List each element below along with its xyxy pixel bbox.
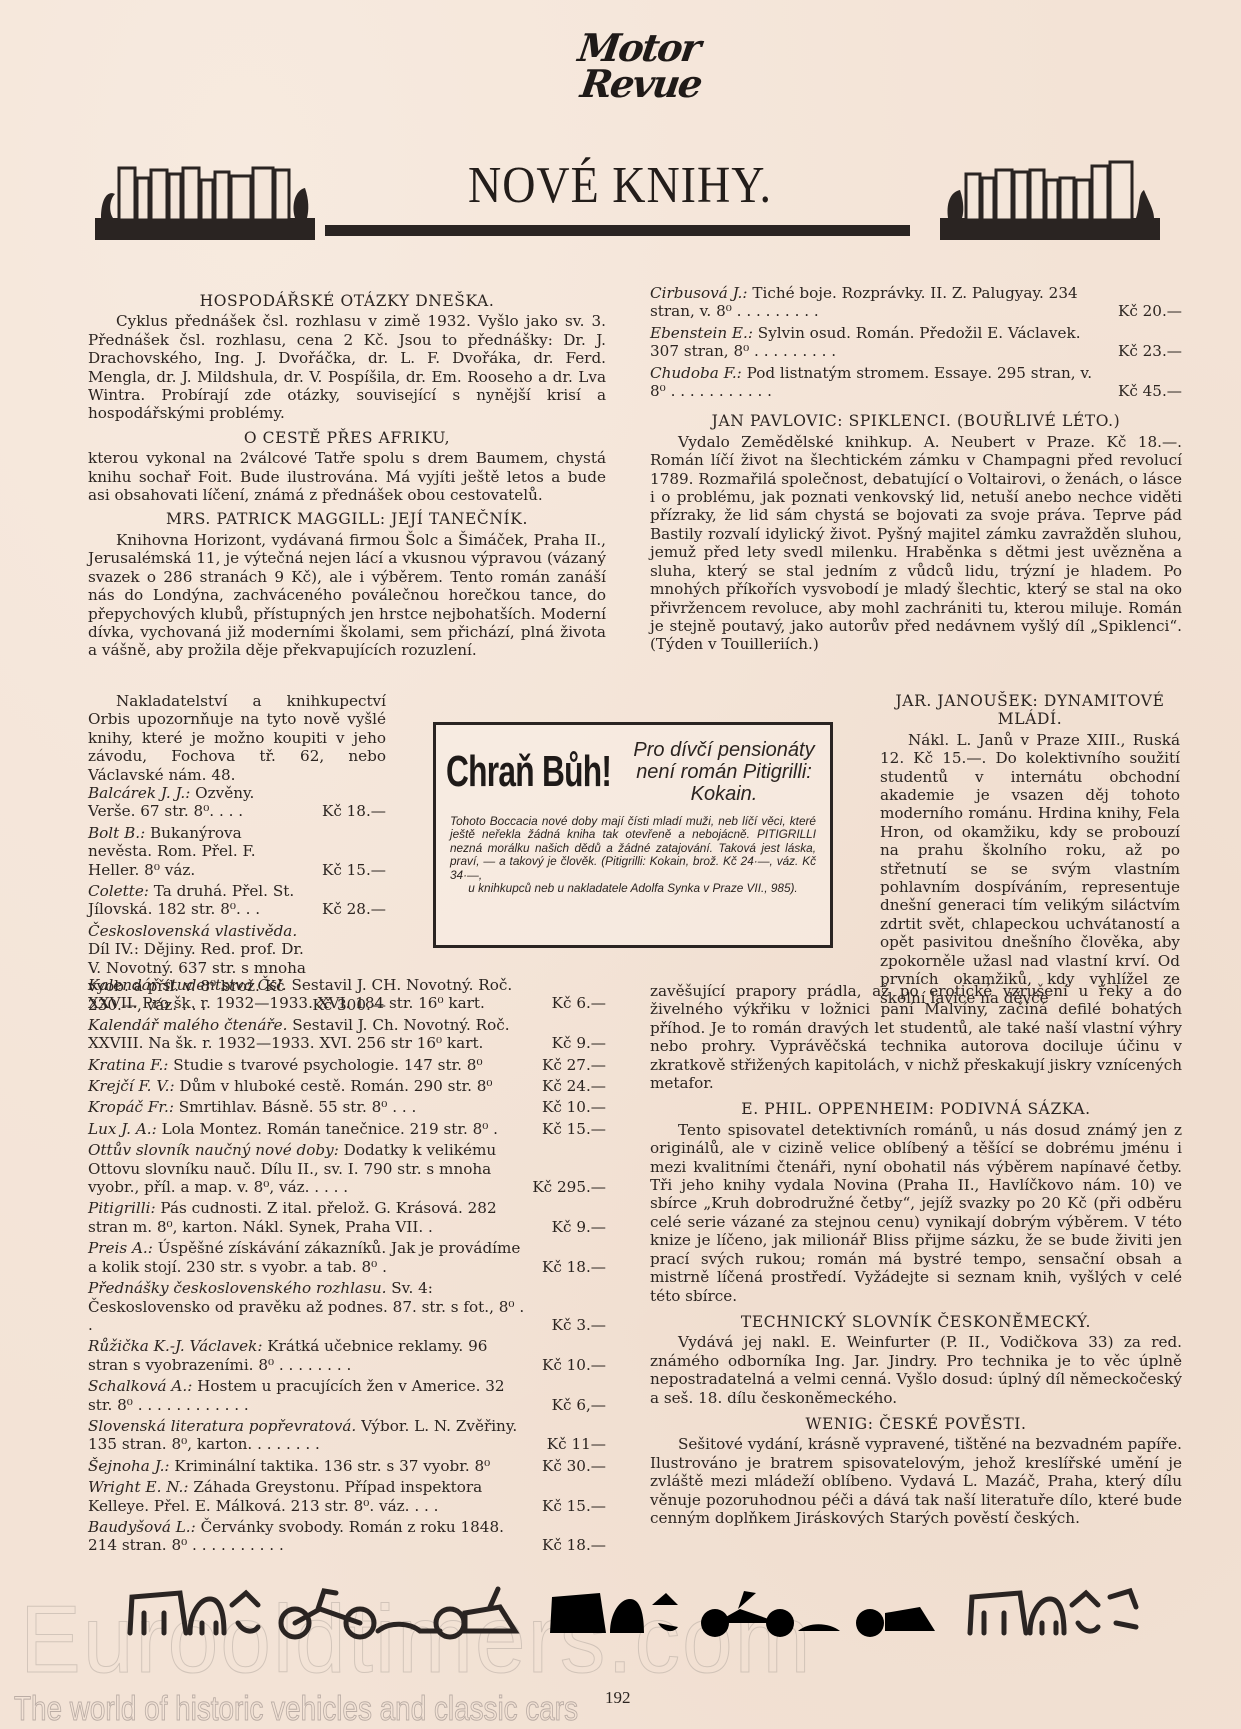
book-author: Kropáč Fr.:: [88, 1098, 174, 1116]
book-author: Cirbusová J.:: [650, 284, 748, 302]
book-listing: Balcárek J. J.: Ozvěny. Verše. 67 str. 8…: [88, 784, 386, 821]
book-listing: Kropáč Fr.: Smrtihlav. Básně. 55 str. 8⁰…: [88, 1098, 606, 1116]
book-author: Růžička K.-J. Václavek:: [88, 1337, 262, 1355]
book-author: Colette:: [88, 882, 149, 900]
article-heading: WENIG: ČESKÉ POVĚSTI.: [650, 1415, 1182, 1433]
book-listing: Pitigrilli: Pás cudnosti. Z ital. přelož…: [88, 1199, 606, 1236]
ad-headline: Chraň Bůh!: [446, 747, 576, 797]
book-author: Krejčí F. V.:: [88, 1077, 175, 1095]
book-price: Kč 18.—: [306, 802, 386, 820]
article-body: Tento spisovatel detektivních románů, u …: [650, 1121, 1182, 1305]
article-janousek-narrow: JAR. JANOUŠEK: DYNAMITOVÉ MLÁDÍ. Nákl. L…: [880, 686, 1180, 1007]
page-title: NOVÉ KNIHY.: [420, 155, 820, 214]
article-body: Vydává jej nakl. E. Weinfurter (P. II., …: [650, 1333, 1182, 1407]
book-listing: Přednášky československého rozhlasu. Sv.…: [88, 1279, 606, 1334]
article-body: Cyklus přednášek čsl. rozhlasu v zimě 19…: [88, 312, 606, 422]
article-heading: HOSPODÁŘSKÉ OTÁZKY DNEŠKA.: [88, 292, 606, 310]
book-listing: Cirbusová J.: Tiché boje. Rozprávky. II.…: [650, 284, 1182, 321]
vehicles-frieze-icon: [120, 1583, 1170, 1641]
book-price: Kč 10.—: [526, 1098, 606, 1116]
article-pavlovic-spiklenci: JAN PAVLOVIC: SPIKLENCI. (BOUŘLIVÉ LÉTO.…: [650, 412, 1182, 653]
book-price: Kč 23.—: [1102, 342, 1182, 360]
article-technicky-slovnik: TECHNICKÝ SLOVNÍK ČESKONĚMECKÝ. Vydává j…: [650, 1313, 1182, 1407]
article-body-continued: zavěšující prapory prádla, až po erotick…: [650, 982, 1182, 1092]
book-description: Kriminální taktika. 136 str. s 37 vyobr.…: [174, 1457, 490, 1475]
book-listing: Colette: Ta druhá. Přel. St. Jílovská. 1…: [88, 882, 386, 919]
book-author: Bolt B.:: [88, 824, 145, 842]
left-column-articles: HOSPODÁŘSKÉ OTÁZKY DNEŠKA. Cyklus předná…: [88, 286, 606, 660]
book-price: Kč 24.—: [526, 1077, 606, 1095]
article-wenig: WENIG: ČESKÉ POVĚSTI. Sešitové vydání, k…: [650, 1415, 1182, 1527]
book-description: Úspěšné získávání zákazníků. Jak je prov…: [88, 1239, 520, 1275]
book-listing: Preis A.: Úspěšné získávání zákazníků. J…: [88, 1239, 606, 1276]
book-price: Kč 15.—: [306, 861, 386, 879]
article-heading: TECHNICKÝ SLOVNÍK ČESKONĚMECKÝ.: [650, 1313, 1182, 1331]
book-price: Kč 15.—: [526, 1497, 606, 1515]
book-price: Kč 3.—: [526, 1316, 606, 1334]
book-author: Schalková A.:: [88, 1377, 192, 1395]
book-author: Baudyšová L.:: [88, 1518, 196, 1536]
orbis-narrow-list: Nakladatelství a knihkupectví Orbis upoz…: [88, 692, 386, 1017]
logo-line-2: Revue: [570, 66, 711, 102]
book-listing: Baudyšová L.: Červánky svobody. Román z …: [88, 1518, 606, 1555]
bookshelf-left-icon: [95, 160, 315, 240]
book-author: Lux J. A.:: [88, 1120, 157, 1138]
book-author: Ebenstein E.:: [650, 324, 753, 342]
article-body: Nákl. L. Janů v Praze XIII., Ruská 12. K…: [880, 731, 1180, 1007]
book-description: Studie s tvarové psychologie. 147 str. 8…: [173, 1056, 482, 1074]
book-price: Kč 18.—: [526, 1536, 606, 1554]
book-listing: Kalendář studentstva Čsl. Sestavil J. CH…: [88, 976, 606, 1013]
article-heading: MRS. PATRICK MAGGILL: JEJÍ TANEČNÍK.: [88, 510, 606, 528]
bookshelf-right-icon: [940, 160, 1160, 240]
book-price: Kč 6,—: [526, 1396, 606, 1414]
book-listing: Krejčí F. V.: Dům v hluboké cestě. Román…: [88, 1077, 606, 1095]
book-price: Kč 9.—: [526, 1034, 606, 1052]
book-author: Kalendář studentstva Čsl.: [88, 976, 287, 994]
book-listing: Wright E. N.: Záhada Greystonu. Případ i…: [88, 1478, 606, 1515]
article-heading: O CESTĚ PŘES AFRIKU,: [88, 429, 606, 447]
article-heading: JAR. JANOUŠEK: DYNAMITOVÉ MLÁDÍ.: [880, 692, 1180, 729]
article-oppenheim: E. PHIL. OPPENHEIM: PODIVNÁ SÁZKA. Tento…: [650, 1100, 1182, 1304]
book-author: Československá vlastivěda.: [88, 922, 297, 940]
book-description: Lola Montez. Román tanečnice. 219 str. 8…: [162, 1120, 498, 1138]
book-price: Kč 45.—: [1102, 382, 1182, 400]
book-price: Kč 10.—: [526, 1356, 606, 1374]
book-listing: Schalková A.: Hostem u pracujících žen v…: [88, 1377, 606, 1414]
book-author: Slovenská literatura popřevratová.: [88, 1417, 356, 1435]
book-price: Kč 295.—: [526, 1178, 606, 1196]
book-author: Kratina F.:: [88, 1056, 168, 1074]
advertisement-box: Chraň Bůh! Pro dívčí pensionáty není rom…: [433, 722, 833, 948]
article-body: Sešitové vydání, krásně vypravené, tiště…: [650, 1435, 1182, 1527]
book-price: Kč 15.—: [526, 1120, 606, 1138]
book-listing: Růžička K.-J. Václavek: Krátká učebnice …: [88, 1337, 606, 1374]
book-listing: Slovenská literatura popřevratová. Výbor…: [88, 1417, 606, 1454]
book-author: Balcárek J. J.:: [88, 784, 190, 802]
book-price: Kč 9.—: [526, 1218, 606, 1236]
ad-body-text: Tohoto Boccacia nové doby mají čísti mla…: [450, 815, 816, 882]
book-price: Kč 18.—: [526, 1258, 606, 1276]
book-listing: Bolt B.: Bukanýrova nevěsta. Rom. Přel. …: [88, 824, 386, 879]
book-author: Ottův slovník naučný nové doby:: [88, 1141, 339, 1159]
motor-revue-logo: Motor Revue: [554, 30, 717, 120]
article-body: kterou vykonal na 2válcové Tatře spolu s…: [88, 449, 606, 504]
book-listing: Chudoba F.: Pod listnatým stromem. Essay…: [650, 364, 1182, 401]
book-price: Kč 30.—: [526, 1457, 606, 1475]
book-author: Pitigrilli:: [88, 1199, 156, 1217]
book-description: Dům v hluboké cestě. Román. 290 str. 8⁰: [179, 1077, 492, 1095]
book-author: Kalendář malého čtenáře.: [88, 1016, 287, 1034]
right-column: Cirbusová J.: Tiché boje. Rozprávky. II.…: [650, 284, 1182, 654]
page-number: 192: [605, 1688, 631, 1708]
article-body: Knihovna Horizont, vydávaná firmou Šolc …: [88, 531, 606, 660]
book-price: Kč 27.—: [526, 1056, 606, 1074]
ad-footer-text: u knihkupců neb u nakladatele Adolfa Syn…: [450, 882, 816, 895]
book-listing: Lux J. A.: Lola Montez. Román tanečnice.…: [88, 1120, 606, 1138]
book-author: Preis A.:: [88, 1239, 153, 1257]
article-body: Vydalo Zemědělské knihkup. A. Neubert v …: [650, 433, 1182, 654]
right-column-lower: zavěšující prapory prádla, až po erotick…: [650, 982, 1182, 1527]
book-listing: Kalendář malého čtenáře. Sestavil J. Ch.…: [88, 1016, 606, 1053]
book-description: Smrtihlav. Básně. 55 str. 8⁰ . . .: [179, 1098, 417, 1116]
book-author: Šejnoha J.:: [88, 1457, 170, 1475]
book-author: Wright E. N.:: [88, 1478, 188, 1496]
article-o-ceste-pres-afriku: O CESTĚ PŘES AFRIKU, kterou vykonal na 2…: [88, 429, 606, 505]
book-price: Kč 20.—: [1102, 302, 1182, 320]
orbis-wide-list: Kalendář studentstva Čsl. Sestavil J. CH…: [88, 976, 606, 1558]
ad-subheadline: Pro dívčí pensionáty není román Pitigril…: [626, 739, 822, 805]
orbis-intro: Nakladatelství a knihkupectví Orbis upoz…: [88, 692, 386, 784]
article-heading: JAN PAVLOVIC: SPIKLENCI. (BOUŘLIVÉ LÉTO.…: [650, 412, 1182, 430]
article-hospodarske-otazky: HOSPODÁŘSKÉ OTÁZKY DNEŠKA. Cyklus předná…: [88, 292, 606, 423]
book-listing: Ebenstein E.: Sylvin osud. Román. Předož…: [650, 324, 1182, 361]
book-listing: Ottův slovník naučný nové doby: Dodatky …: [88, 1141, 606, 1196]
book-listing: Kratina F.: Studie s tvarové psychologie…: [88, 1056, 606, 1074]
book-price: Kč 28.—: [306, 900, 386, 918]
book-price: Kč 6.—: [526, 994, 606, 1012]
article-heading: E. PHIL. OPPENHEIM: PODIVNÁ SÁZKA.: [650, 1100, 1182, 1118]
book-author: Chudoba F.:: [650, 364, 742, 382]
title-rule: [325, 225, 910, 236]
article-maggill: MRS. PATRICK MAGGILL: JEJÍ TANEČNÍK. Kni…: [88, 510, 606, 659]
book-listing: Šejnoha J.: Kriminální taktika. 136 str.…: [88, 1457, 606, 1475]
book-price: Kč 11—: [526, 1435, 606, 1453]
book-author: Přednášky československého rozhlasu.: [88, 1279, 386, 1297]
watermark-tagline: The world of historic vehicles and class…: [14, 1690, 578, 1729]
